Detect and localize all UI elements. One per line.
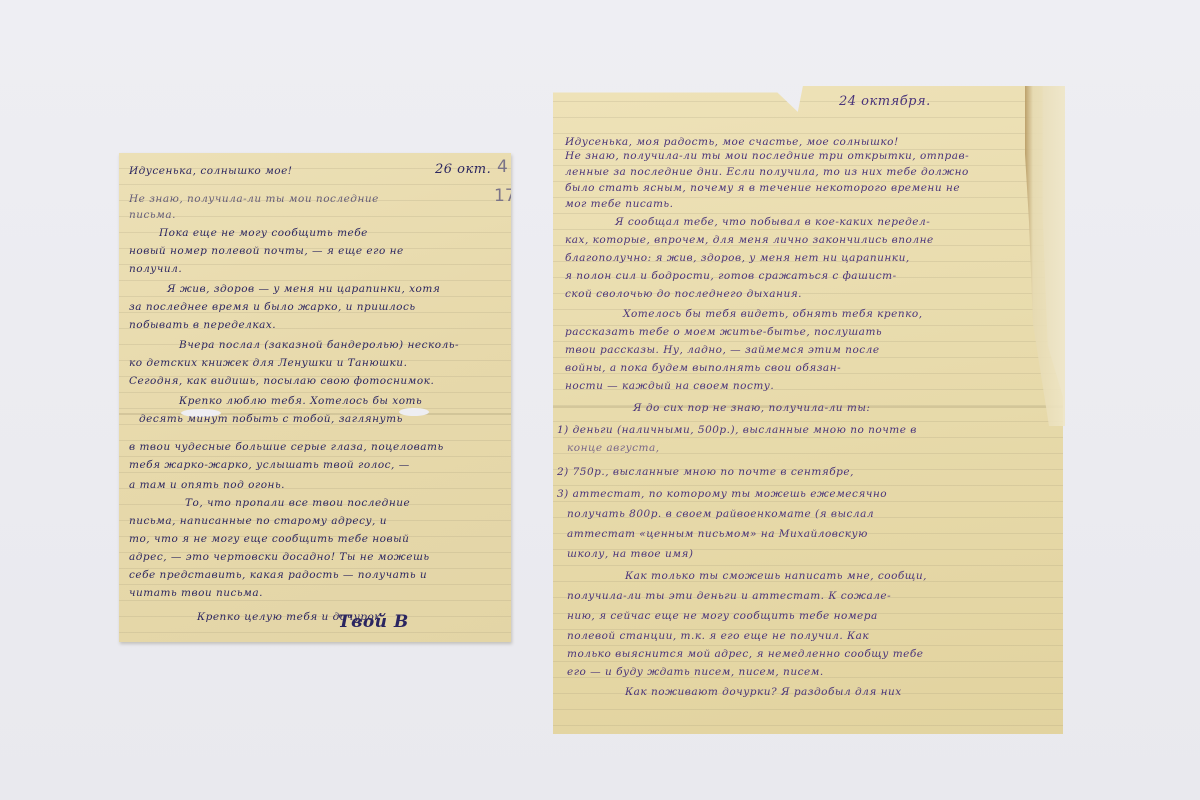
letter-line: новый номер полевой почты, — я еще его н… <box>129 245 404 257</box>
letter-line: читать твои письма. <box>129 587 263 599</box>
margin-number: 17 <box>494 186 511 206</box>
letter-line: Пока еще не могу сообщить тебе <box>159 227 368 239</box>
letter-line: письма, написанные по старому адресу, и <box>129 515 387 527</box>
letter-line: его — и буду ждать писем, писем, писем. <box>567 666 824 678</box>
paper-hole <box>399 408 429 416</box>
letter-line: Идусенька, солнышко мое! <box>129 165 293 177</box>
letter-line: а там и опять под огонь. <box>129 479 285 491</box>
letter-line: себе представить, какая радость — получа… <box>129 569 427 581</box>
letter-line: 2) 750р., высланные мною по почте в сент… <box>557 466 854 478</box>
letter-line: войны, а пока будем выполнять свои обяза… <box>565 362 841 374</box>
letter-line: получила-ли ты эти деньги и аттестат. К … <box>567 590 891 602</box>
letter-line: побывать в переделках. <box>129 319 276 331</box>
letter-line: ках, которые, впрочем, для меня лично за… <box>565 234 934 246</box>
letter-left-sheet: Идусенька, солнышко мое! 26 окт. 4 17 Не… <box>119 153 511 642</box>
letter-line: Не знаю, получила-ли ты мои последние тр… <box>565 150 969 162</box>
letter-line: Не знаю, получила-ли ты мои последние <box>129 193 379 205</box>
letter-signature: Твой В <box>338 612 409 632</box>
margin-number: 4 <box>497 157 508 177</box>
letter-date: 26 окт. <box>435 162 491 177</box>
letter-line: 3) аттестат, по которому ты можешь ежеме… <box>557 488 887 500</box>
letter-line: я полон сил и бодрости, готов сражаться … <box>565 270 897 282</box>
letter-right-sheet: 24 октября. Идусенька, моя радость, мое … <box>553 86 1063 734</box>
letter-line: письма. <box>129 209 176 221</box>
letter-line: было стать ясным, почему я в течение нек… <box>565 182 960 194</box>
letter-line: в твои чудесные большие серые глаза, поц… <box>129 441 444 453</box>
letter-line: аттестат «ценным письмом» на Михайловску… <box>567 528 868 540</box>
letter-line: ленные за последние дни. Если получила, … <box>565 166 969 178</box>
letter-line: 1) деньги (наличными, 500р.), высланные … <box>557 424 917 436</box>
letter-line: мог тебе писать. <box>565 198 673 210</box>
letter-line: То, что пропали все твои последние <box>185 497 410 509</box>
letter-line: Идусенька, моя радость, мое счастье, мое… <box>565 136 899 148</box>
letter-line: нию, я сейчас еще не могу сообщить тебе … <box>567 610 878 622</box>
letter-line: Я сообщал тебе, что побывал в кое-каких … <box>615 216 930 228</box>
letter-line: твои рассказы. Ну, ладно, — займемся эти… <box>565 344 880 356</box>
letter-line: получать 800р. в своем райвоенкомате (я … <box>567 508 874 520</box>
letter-date: 24 октября. <box>839 94 931 109</box>
letter-line: Вчера послал (заказной бандеролью) неско… <box>179 339 459 351</box>
letter-line: Хотелось бы тебя видеть, обнять тебя кре… <box>623 308 923 320</box>
letter-line: ности — каждый на своем посту. <box>565 380 774 392</box>
letter-line: адрес, — это чертовски досадно! Ты не мо… <box>129 551 430 563</box>
letter-line: Я жив, здоров — у меня ни царапинки, хот… <box>167 283 440 295</box>
letter-line: школу, на твое имя) <box>567 548 693 560</box>
letter-line: получил. <box>129 263 182 275</box>
letter-line: благополучно: я жив, здоров, у меня нет … <box>565 252 910 264</box>
letter-line: за последнее время и было жарко, и пришл… <box>129 301 416 313</box>
letter-line: Как поживают дочурки? Я раздобыл для них <box>625 686 902 698</box>
letter-line: Я до сих пор не знаю, получила-ли ты: <box>633 402 870 414</box>
letter-line: тебя жарко-жарко, услышать твой голос, — <box>129 459 410 471</box>
letter-line: Крепко люблю тебя. Хотелось бы хоть <box>179 395 422 407</box>
letter-line: Сегодня, как видишь, посылаю свою фотосн… <box>129 375 434 387</box>
letter-line: рассказать тебе о моем житье-бытье, посл… <box>565 326 882 338</box>
letter-line: полевой станции, т.к. я его еще не получ… <box>567 630 869 642</box>
letter-line: только выяснится мой адрес, я немедленно… <box>567 648 924 660</box>
letter-line: Как только ты сможешь написать мне, сооб… <box>625 570 927 582</box>
letter-line: ко детских книжек для Ленушки и Танюшки. <box>129 357 407 369</box>
letter-line: конце августа, <box>567 442 660 454</box>
letter-line: десять минут побыть с тобой, заглянуть <box>139 413 403 425</box>
letter-line: то, что я не могу еще сообщить тебе новы… <box>129 533 409 545</box>
letter-line: ской сволочью до последнего дыхания. <box>565 288 802 300</box>
